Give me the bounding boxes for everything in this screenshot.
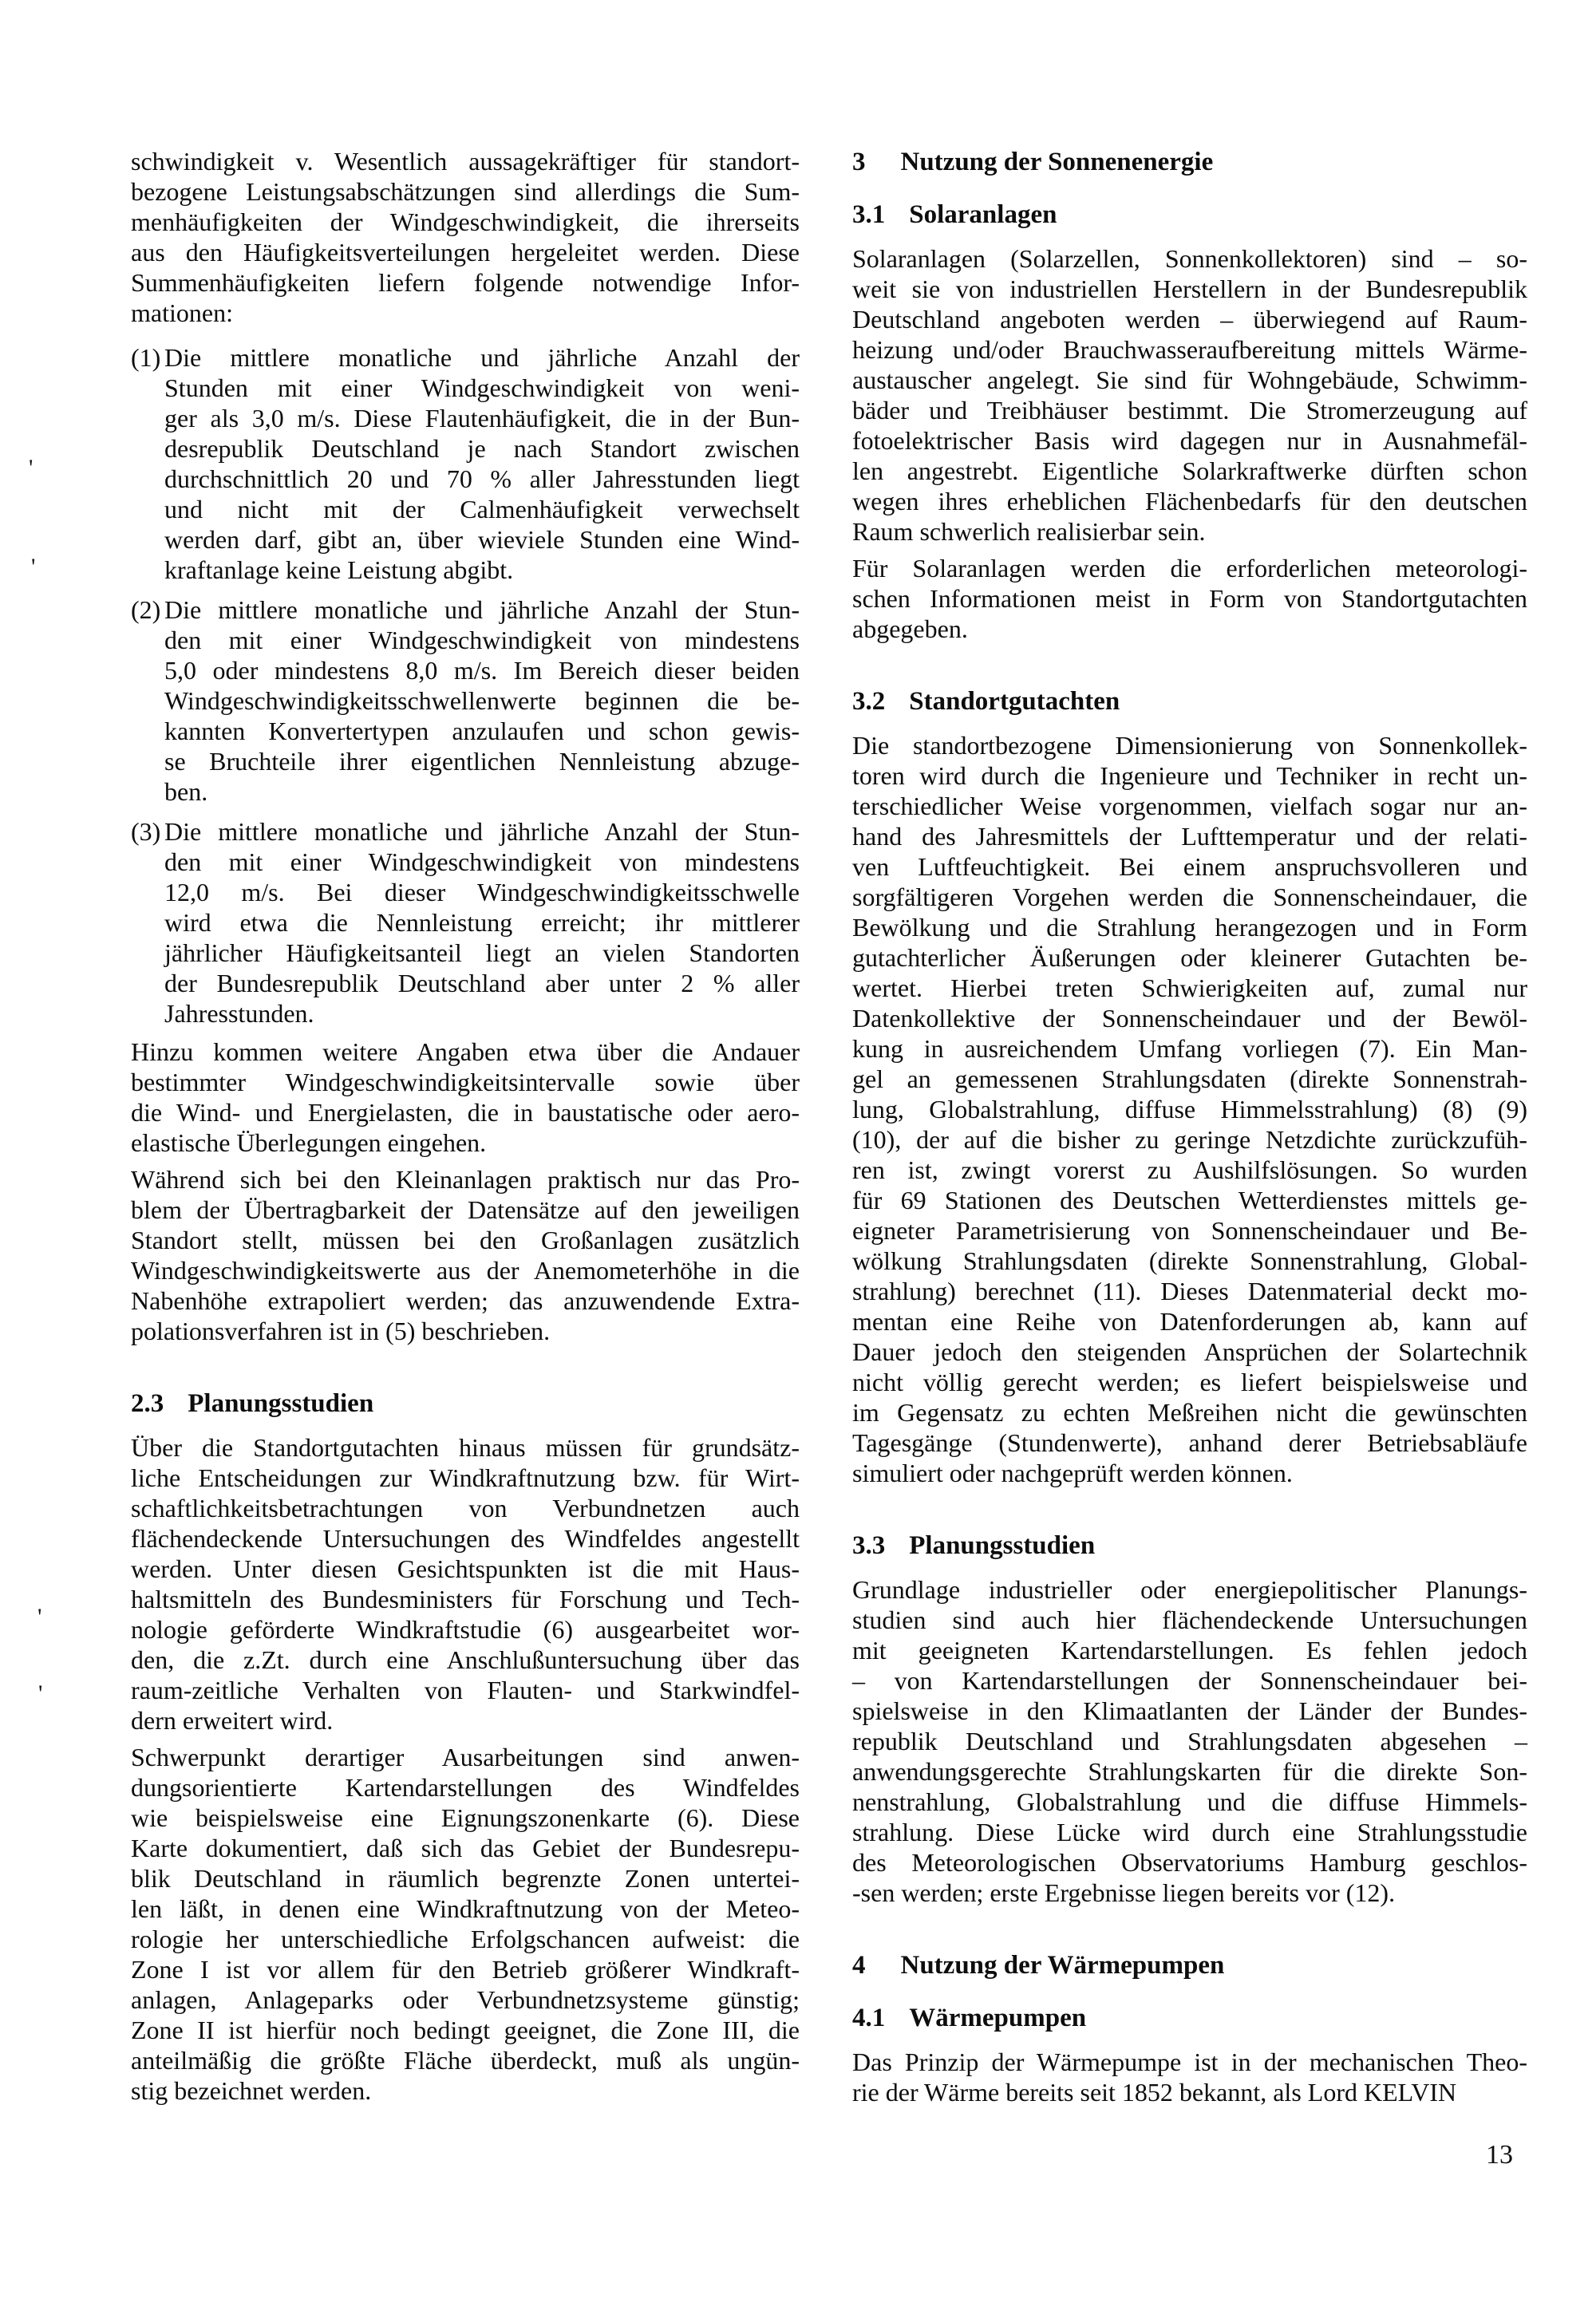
- document-page: schwindigkeit v. Wesentlich aussagekräft…: [0, 0, 1596, 2318]
- text-line: aus den Häufigkeitsverteilungen hergelei…: [131, 237, 800, 267]
- text-line: ven Luftfeuchtigkeit. Bei einem anspruch…: [852, 851, 1527, 882]
- text-line: rologie her unterschiedliche Erfolgschan…: [131, 1924, 800, 1954]
- text-line: bezogene Leistungsabschätzungen sind all…: [131, 176, 800, 207]
- section-number: 2.3: [131, 1388, 164, 1420]
- text-line: Datenkollektive der Sonnenscheindauer un…: [852, 1003, 1527, 1033]
- section-title: Nutzung der Sonnenenergie: [901, 148, 1214, 176]
- text-line: sorgfältigeren Vorgehen werden die Sonne…: [852, 882, 1527, 912]
- text-line: elastische Überlegungen eingehen.: [131, 1127, 800, 1158]
- text-line: dern erweitert wird.: [131, 1705, 800, 1736]
- text-line: simuliert oder nachgeprüft werden können…: [852, 1458, 1527, 1488]
- text-line: mit geeigneten Kartendarstellungen. Es f…: [852, 1635, 1527, 1665]
- text-line: Bewölkung und die Strahlung herangezogen…: [852, 912, 1527, 942]
- text-line: für 69 Stationen des Deutschen Wetterdie…: [852, 1185, 1527, 1215]
- text-line: liche Entscheidungen zur Windkraftnutzun…: [131, 1463, 800, 1493]
- page-number: 13: [1486, 2140, 1513, 2170]
- text-line: studien sind auch hier flächendeckende U…: [852, 1605, 1527, 1635]
- text-line: Die standortbezogene Dimensionierung von…: [852, 730, 1527, 760]
- margin-mark: ': [29, 456, 33, 480]
- paragraph: Während sich bei den Kleinanlagen prakti…: [131, 1164, 800, 1346]
- text-line: blem der Übertragbarkeit der Datensätze …: [131, 1195, 800, 1225]
- text-line: mentan eine Reihe von Datenforderungen a…: [852, 1306, 1527, 1337]
- text-line: gel an gemessenen Strahlungsdaten (direk…: [852, 1064, 1527, 1094]
- margin-mark: ': [31, 555, 35, 579]
- text-line: nicht völlig gerecht werden; es liefert …: [852, 1367, 1527, 1397]
- paragraph: Das Prinzip der Wärmepumpe ist in der me…: [852, 2047, 1527, 2107]
- text-line: schaftlichkeitsbetrachtungen von Verbund…: [131, 1493, 800, 1523]
- text-line: jährlicher Häufigkeitsanteil liegt an vi…: [164, 938, 800, 968]
- text-line: nologie geförderte Windkraftstudie (6) a…: [131, 1614, 800, 1645]
- text-line: lung, Globalstrahlung, diffuse Himmelsst…: [852, 1094, 1527, 1124]
- text-line: den mit einer Windgeschwindigkeit von mi…: [164, 625, 800, 655]
- text-line: menhäufigkeiten der Windgeschwindigkeit,…: [131, 207, 800, 237]
- section-number: 4.1: [852, 2002, 885, 2034]
- paragraph: Grundlage industrieller oder energiepoli…: [852, 1574, 1527, 1908]
- text-line: Jahresstunden.: [164, 998, 800, 1029]
- margin-mark: ': [38, 1605, 41, 1629]
- text-line: Windgeschwindigkeitswerte aus der Anemom…: [131, 1255, 800, 1285]
- section-heading: 3.1Solaranlagen: [852, 199, 1527, 231]
- text-line: Tagesgänge (Stundenwerte), anhand derer …: [852, 1428, 1527, 1458]
- text-line: Summenhäufigkeiten liefern folgende notw…: [131, 267, 800, 298]
- text-line: Die mittlere monatliche und jährliche An…: [164, 342, 800, 373]
- paragraph: Die standortbezogene Dimensionierung von…: [852, 730, 1527, 1488]
- text-line: austauscher angelegt. Sie sind für Wohng…: [852, 365, 1527, 395]
- text-line: strahlung) berechnet (11). Dieses Datenm…: [852, 1276, 1527, 1306]
- list-item-marker: (3): [131, 816, 160, 847]
- section-number: 3: [852, 146, 866, 178]
- text-line: republik Deutschland und Strahlungsdaten…: [852, 1726, 1527, 1756]
- text-line: eigneter Parametrisierung von Sonnensche…: [852, 1215, 1527, 1246]
- section-number: 3.2: [852, 685, 885, 717]
- text-line: Für Solaranlagen werden die erforderlich…: [852, 553, 1527, 583]
- list-item-marker: (2): [131, 594, 160, 625]
- text-line: Hinzu kommen weitere Angaben etwa über d…: [131, 1037, 800, 1067]
- text-line: und nicht mit der Calmenhäufigkeit verwe…: [164, 494, 800, 524]
- text-line: Während sich bei den Kleinanlagen prakti…: [131, 1164, 800, 1195]
- section-number: 3.1: [852, 199, 885, 231]
- text-line: der Bundesrepublik Deutschland aber unte…: [164, 968, 800, 998]
- text-line: 5,0 oder mindestens 8,0 m/s. Im Bereich …: [164, 655, 800, 685]
- text-line: se Bruchteile ihrer eigentlichen Nennlei…: [164, 746, 800, 776]
- text-line: Schwerpunkt derartiger Ausarbeitungen si…: [131, 1742, 800, 1772]
- section-title: Solaranlagen: [909, 200, 1057, 229]
- text-line: spielsweise in den Klimaatlanten der Län…: [852, 1696, 1527, 1726]
- paragraph: Hinzu kommen weitere Angaben etwa über d…: [131, 1037, 800, 1158]
- text-line: schwindigkeit v. Wesentlich aussagekräft…: [131, 146, 800, 176]
- text-line: fotoelektrischer Basis wird dagegen nur …: [852, 425, 1527, 456]
- text-line: kung in ausreichendem Umfang vorliegen (…: [852, 1033, 1527, 1064]
- list-item-marker: (1): [131, 342, 160, 373]
- text-line: die Wind- und Energielasten, die in baus…: [131, 1097, 800, 1127]
- text-line: mationen:: [131, 298, 800, 328]
- text-line: hand des Jahresmittels der Lufttemperatu…: [852, 821, 1527, 851]
- text-line: strahlung. Diese Lücke wird durch eine S…: [852, 1817, 1527, 1847]
- paragraph: Solaranlagen (Solarzellen, Sonnenkollekt…: [852, 243, 1527, 547]
- text-line: Zone II ist hierfür noch bedingt geeigne…: [131, 2015, 800, 2045]
- text-line: anteilmäßig die größte Fläche überdeckt,…: [131, 2045, 800, 2075]
- section-heading: 3.3Planungsstudien: [852, 1530, 1527, 1562]
- text-line: bestimmter Windgeschwindigkeitsintervall…: [131, 1067, 800, 1097]
- text-line: ben.: [164, 776, 800, 807]
- text-line: des Meteorologischen Observatoriums Hamb…: [852, 1847, 1527, 1878]
- text-line: Solaranlagen (Solarzellen, Sonnenkollekt…: [852, 243, 1527, 274]
- text-line: dungsorientierte Kartendarstellungen des…: [131, 1772, 800, 1803]
- section-heading: 4Nutzung der Wärmepumpen: [852, 1949, 1527, 1981]
- text-line: durchschnittlich 20 und 70 % aller Jahre…: [164, 464, 800, 494]
- text-line: anwendungsgerechte Strahlungskarten für …: [852, 1756, 1527, 1787]
- text-line: haltsmitteln des Bundesministers für For…: [131, 1584, 800, 1614]
- text-line: kraftanlage keine Leistung abgibt.: [164, 555, 800, 585]
- list-item: (2)Die mittlere monatliche und jährliche…: [131, 594, 800, 807]
- text-line: polationsverfahren ist in (5) beschriebe…: [131, 1316, 800, 1346]
- text-line: abgegeben.: [852, 614, 1527, 644]
- section-title: Planungsstudien: [188, 1389, 373, 1418]
- text-line: Deutschland angeboten werden – überwiege…: [852, 304, 1527, 334]
- left-column: schwindigkeit v. Wesentlich aussagekräft…: [131, 146, 800, 2106]
- text-line: werden darf, gibt an, über wieviele Stun…: [164, 524, 800, 555]
- section-heading: 2.3Planungsstudien: [131, 1388, 800, 1420]
- text-line: raum-zeitliche Verhalten von Flauten- un…: [131, 1675, 800, 1705]
- text-line: ren ist, zwingt vorerst zu Aushilfslösun…: [852, 1155, 1527, 1185]
- margin-mark: ': [38, 1682, 42, 1706]
- text-line: Windgeschwindigkeitsschwellenwerte begin…: [164, 685, 800, 716]
- text-line: ger als 3,0 m/s. Diese Flautenhäufigkeit…: [164, 403, 800, 433]
- section-heading: 3.2Standortgutachten: [852, 685, 1527, 717]
- section-title: Planungsstudien: [909, 1531, 1095, 1560]
- text-line: len läßt, in denen eine Windkraftnutzung…: [131, 1893, 800, 1924]
- right-column: 3Nutzung der Sonnenenergie3.1Solaranlage…: [852, 146, 1527, 2107]
- text-line: den mit einer Windgeschwindigkeit von mi…: [164, 847, 800, 877]
- section-title: Standortgutachten: [909, 687, 1120, 716]
- paragraph: schwindigkeit v. Wesentlich aussagekräft…: [131, 146, 800, 328]
- text-line: toren wird durch die Ingenieure und Tech…: [852, 760, 1527, 791]
- text-line: stig bezeichnet werden.: [131, 2075, 800, 2106]
- text-line: wie beispielsweise eine Eignungszonenkar…: [131, 1803, 800, 1833]
- paragraph: Für Solaranlagen werden die erforderlich…: [852, 553, 1527, 644]
- text-line: Das Prinzip der Wärmepumpe ist in der me…: [852, 2047, 1527, 2077]
- text-line: schen Informationen meist in Form von St…: [852, 583, 1527, 614]
- text-line: bäder und Treibhäuser bestimmt. Die Stro…: [852, 395, 1527, 425]
- text-line: Stunden mit einer Windgeschwindigkeit vo…: [164, 373, 800, 403]
- text-line: Standort stellt, müssen bei den Großanla…: [131, 1225, 800, 1255]
- text-line: Dauer jedoch den steigenden Ansprüchen d…: [852, 1337, 1527, 1367]
- text-line: Die mittlere monatliche und jährliche An…: [164, 594, 800, 625]
- text-line: im Gegensatz zu echten Meßreihen nicht d…: [852, 1397, 1527, 1428]
- text-line: gutachterlicher Äußerungen oder kleinere…: [852, 942, 1527, 973]
- text-line: 12,0 m/s. Bei dieser Windgeschwindigkeit…: [164, 877, 800, 907]
- text-line: Grundlage industrieller oder energiepoli…: [852, 1574, 1527, 1605]
- list-item: (1)Die mittlere monatliche und jährliche…: [131, 342, 800, 585]
- text-line: blik Deutschland in räumlich begrenzte Z…: [131, 1863, 800, 1893]
- text-line: anlagen, Anlageparks oder Verbundnetzsys…: [131, 1984, 800, 2015]
- text-line: werden. Unter diesen Gesichtspunkten ist…: [131, 1554, 800, 1584]
- text-line: wölkung Strahlungsdaten (direkte Sonnens…: [852, 1246, 1527, 1276]
- text-line: nenstrahlung, Globalstrahlung und die di…: [852, 1787, 1527, 1817]
- text-line: -sen werden; erste Ergebnisse liegen ber…: [852, 1878, 1527, 1908]
- section-title: Nutzung der Wärmepumpen: [901, 1951, 1225, 1980]
- text-line: kannten Konvertertypen anzulaufen und sc…: [164, 716, 800, 746]
- text-line: Raum schwerlich realisierbar sein.: [852, 516, 1527, 547]
- text-line: wertet. Hierbei treten Schwierigkeiten a…: [852, 973, 1527, 1003]
- text-line: Nabenhöhe extrapoliert werden; das anzuw…: [131, 1285, 800, 1316]
- text-line: weit sie von industriellen Herstellern i…: [852, 274, 1527, 304]
- section-heading: 3Nutzung der Sonnenenergie: [852, 146, 1527, 178]
- text-line: wird etwa die Nennleistung erreicht; ihr…: [164, 907, 800, 938]
- text-line: Zone I ist vor allem für den Betrieb grö…: [131, 1954, 800, 1984]
- paragraph: Schwerpunkt derartiger Ausarbeitungen si…: [131, 1742, 800, 2106]
- text-line: Die mittlere monatliche und jährliche An…: [164, 816, 800, 847]
- section-heading: 4.1Wärmepumpen: [852, 2002, 1527, 2034]
- section-title: Wärmepumpen: [909, 2004, 1086, 2032]
- text-line: terschiedlicher Weise vorgenommen, vielf…: [852, 791, 1527, 821]
- text-line: den, die z.Zt. durch eine Anschlußunters…: [131, 1645, 800, 1675]
- text-line: (10), der auf die bisher zu geringe Netz…: [852, 1124, 1527, 1155]
- text-line: – von Kartendarstellungen der Sonnensche…: [852, 1665, 1527, 1696]
- text-line: Karte dokumentiert, daß sich das Gebiet …: [131, 1833, 800, 1863]
- text-line: heizung und/oder Brauchwasseraufbereitun…: [852, 334, 1527, 365]
- text-line: wegen ihres erheblichen Flächenbedarfs f…: [852, 486, 1527, 516]
- text-line: rie der Wärme bereits seit 1852 bekannt,…: [852, 2077, 1527, 2107]
- text-line: Über die Standortgutachten hinaus müssen…: [131, 1432, 800, 1463]
- section-number: 3.3: [852, 1530, 885, 1562]
- text-line: desrepublik Deutschland je nach Standort…: [164, 433, 800, 464]
- list-item: (3)Die mittlere monatliche und jährliche…: [131, 816, 800, 1029]
- text-line: flächendeckende Untersuchungen des Windf…: [131, 1523, 800, 1554]
- paragraph: Über die Standortgutachten hinaus müssen…: [131, 1432, 800, 1736]
- section-number: 4: [852, 1949, 866, 1981]
- text-line: len angestrebt. Eigentliche Solarkraftwe…: [852, 456, 1527, 486]
